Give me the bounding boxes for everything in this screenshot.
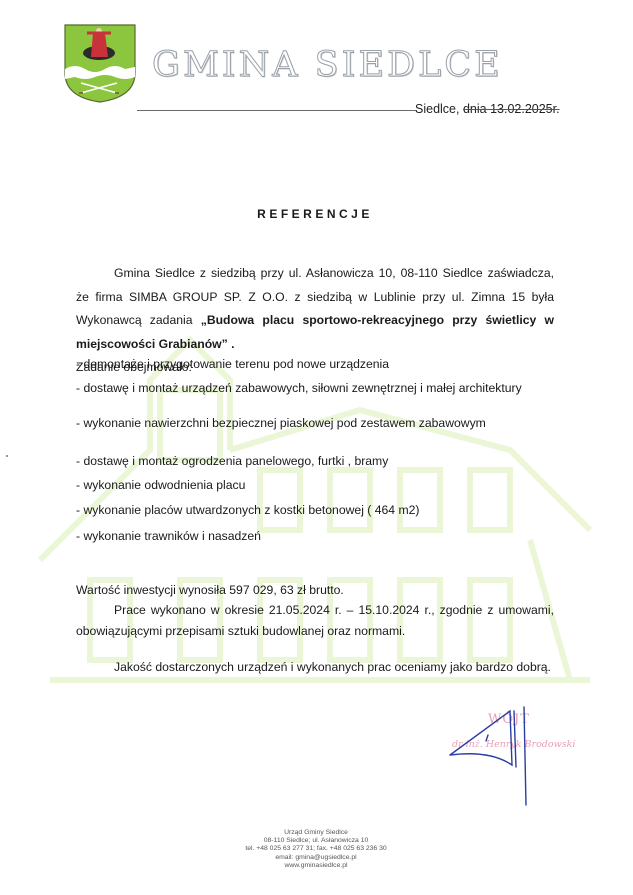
footer-phone: tel. +48 025 63 277 31; fax. +48 025 63 … <box>216 845 416 853</box>
document-date: Siedlce, dnia 13.02.2025r. <box>415 102 560 116</box>
footer-office: Urząd Gminy Siedlce <box>216 829 416 837</box>
footer-contact: Urząd Gminy Siedlce 08-110 Siedlce; ul. … <box>216 829 416 870</box>
period-paragraph: Prace wykonano w okresie 21.05.2024 r. –… <box>76 600 554 642</box>
scope-item: - dostawę i montaż ogrodzenia panelowego… <box>76 454 388 470</box>
header-rule <box>137 110 417 111</box>
scope-item: - wykonanie placów utwardzonych z kostki… <box>76 503 419 519</box>
scope-item: - wykonanie odwodnienia placu <box>76 478 245 494</box>
document-title: REFERENCJE <box>76 207 554 223</box>
coat-of-arms-logo <box>63 23 137 103</box>
scope-item: - dostawę i montaż urządzeń zabawowych, … <box>76 381 522 397</box>
period-text: Prace wykonano w okresie 21.05.2024 r. –… <box>76 603 554 638</box>
footer-address: 08-110 Siedlce; ul. Asłanowicza 10 <box>216 837 416 845</box>
footer-website: www.gminasiedlce.pl <box>216 862 416 870</box>
handwritten-signature <box>430 705 570 815</box>
scan-speck <box>6 455 8 457</box>
footer-email: email: gmina@ugsiedlce.pl <box>216 854 416 862</box>
scope-item: - wykonanie trawników i nasadzeń <box>76 529 261 545</box>
investment-value: Wartość inwestycji wynosiła 597 029, 63 … <box>76 583 344 599</box>
scope-item: - wykonanie nawierzchni bezpiecznej pias… <box>76 416 486 432</box>
brand-title: GMINA SIEDLCE <box>152 45 503 85</box>
scope-item: - demontaże i przygotowanie terenu pod n… <box>76 357 389 373</box>
date-text: dnia 13.02.2025r. <box>463 102 560 116</box>
quality-statement: Jakość dostarczonych urządzeń i wykonany… <box>114 660 551 676</box>
date-place: Siedlce, <box>415 102 459 116</box>
